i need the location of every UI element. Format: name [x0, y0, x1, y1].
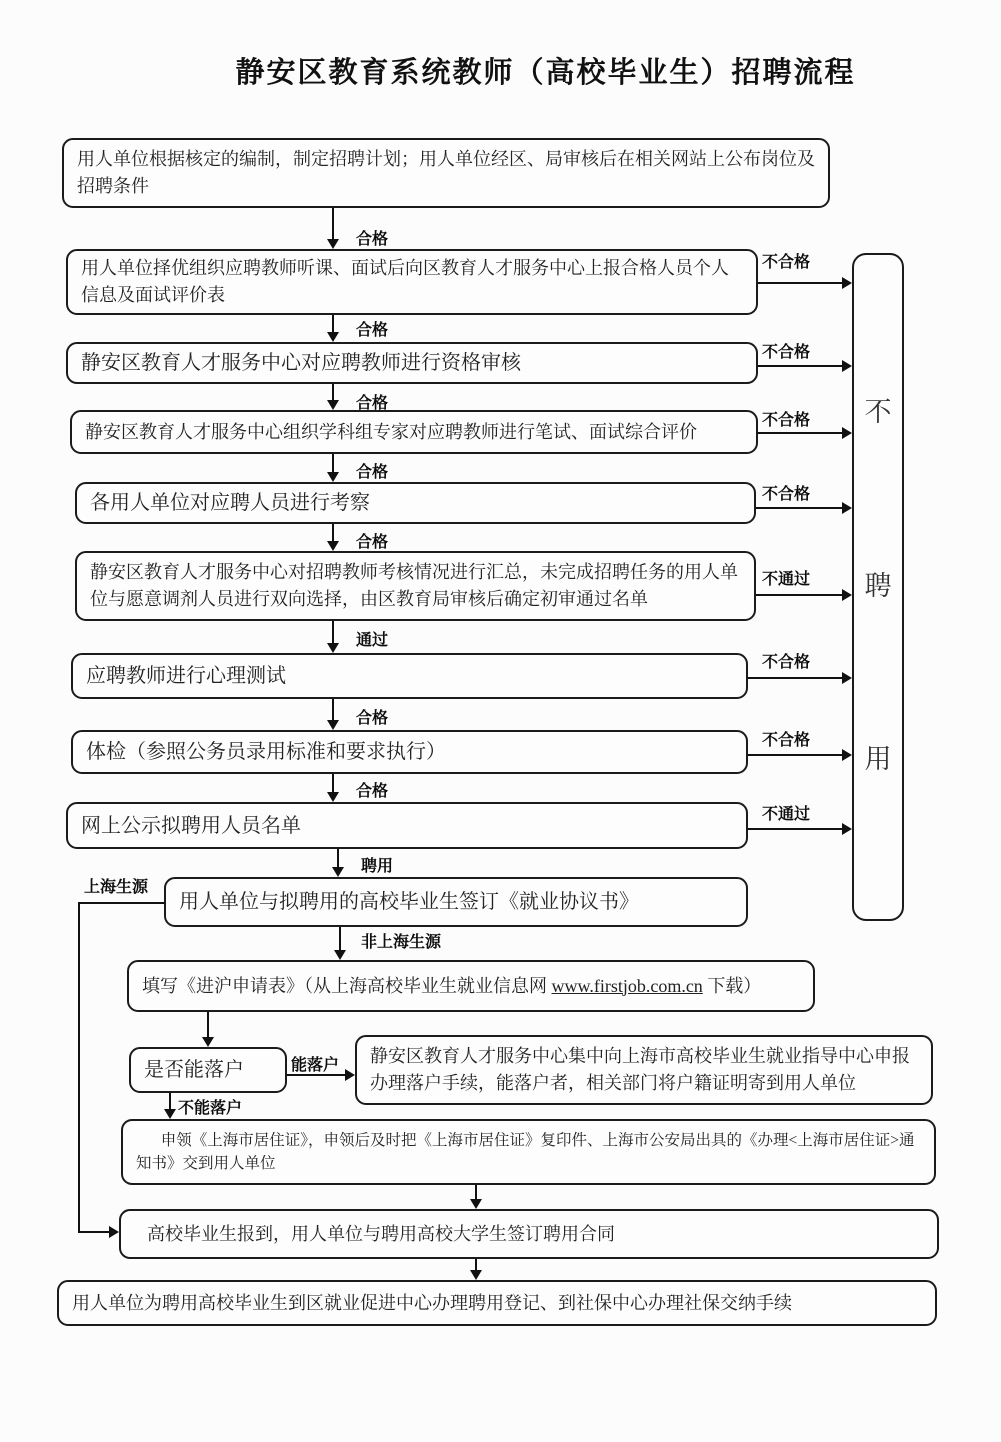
arrow-plan-to-interview [332, 208, 334, 239]
page-title: 静安区教育系统教师（高校毕业生）招聘流程 [90, 50, 1001, 91]
node-psych-test: 应聘教师进行心理测试 [71, 653, 748, 699]
node-agreement-text: 用人单位与拟聘用的高校毕业生签订《就业协议书》 [179, 887, 639, 917]
arrow-exam-reject [748, 754, 842, 756]
edge-label-fail: 不合格 [762, 481, 810, 504]
node-registration: 用人单位为聘用高校毕业生到区就业促进中心办理聘用登记、到社保中心办理社保交纳手续 [57, 1280, 937, 1326]
node-publicity-text: 网上公示拟聘用人员名单 [81, 811, 301, 841]
arrow-inspection-reject [756, 507, 842, 509]
edge-label-pass: 合格 [356, 529, 388, 552]
node-settle-process: 静安区教育人才服务中心集中向上海市高校毕业生就业指导中心申报办理落户手续，能落户… [355, 1035, 933, 1105]
edge-label-fail: 不合格 [762, 649, 810, 672]
node-physical-exam: 体检（参照公务员录用标准和要求执行） [71, 730, 748, 774]
node-inspection-text: 各用人单位对应聘人员进行考察 [90, 488, 370, 518]
arrow-shanghai-to-report [78, 1231, 109, 1233]
edge-label-pass: 合格 [356, 390, 388, 413]
edge-label-not-approved: 不通过 [762, 566, 810, 589]
node-residence-permit: 申领《上海市居住证》，申领后及时把《上海市居住证》复印件、上海市公安局出具的《办… [121, 1119, 936, 1185]
arrow-exam-to-publicity [332, 774, 334, 792]
reject-char-2: 聘 [865, 564, 892, 603]
fill-form-url: www.firstjob.com.cn [552, 976, 703, 996]
node-settle-decision: 是否能落户 [129, 1047, 287, 1093]
edge-label-fail: 不合格 [762, 727, 810, 750]
flowchart-page: 静安区教育系统教师（高校毕业生）招聘流程 用人单位根据核定的编制，制定招聘计划；… [0, 0, 1001, 1442]
node-fill-form-text: 填写《进沪申请表》（从上海高校毕业生就业信息网 www.firstjob.com… [142, 973, 761, 1000]
node-residence-permit-text: 申领《上海市居住证》，申领后及时把《上海市居住证》复印件、上海市公安局出具的《办… [136, 1129, 921, 1176]
edge-label-pass: 合格 [356, 705, 388, 728]
edge-label-not-approved: 不通过 [762, 801, 810, 824]
node-written-test-text: 静安区教育人才服务中心组织学科组专家对应聘教师进行笔试、面试综合评价 [85, 419, 697, 446]
arrow-summary-to-psych [332, 621, 334, 643]
arrow-summary-reject [756, 594, 842, 596]
node-plan: 用人单位根据核定的编制，制定招聘计划；用人单位经区、局审核后在相关网站上公布岗位… [62, 138, 830, 208]
reject-char-1: 不 [865, 390, 892, 429]
edge-label-pass: 合格 [356, 459, 388, 482]
arrow-permit-to-report [475, 1185, 477, 1199]
arrow-test-to-inspection [332, 454, 334, 472]
edge-label-approve: 通过 [356, 627, 388, 650]
arrow-report-to-registration [475, 1259, 477, 1270]
arrow-publicity-to-agreement [337, 849, 339, 867]
node-settle-decision-text: 是否能落户 [144, 1055, 244, 1085]
fill-form-suffix: 下载） [703, 976, 762, 996]
edge-label-pass: 合格 [356, 778, 388, 801]
node-physical-exam-text: 体检（参照公务员录用标准和要求执行） [86, 737, 446, 767]
arrow-review-reject [758, 365, 842, 367]
node-registration-text: 用人单位为聘用高校毕业生到区就业促进中心办理聘用登记、到社保中心办理社保交纳手续 [72, 1290, 792, 1317]
edge-label-fail: 不合格 [762, 339, 810, 362]
arrow-publicity-reject [748, 828, 842, 830]
edge-label-shanghai-origin: 上海生源 [84, 874, 148, 897]
edge-label-hire: 聘用 [361, 853, 393, 876]
node-settle-process-text: 静安区教育人才服务中心集中向上海市高校毕业生就业指导中心申报办理落户手续，能落户… [370, 1043, 918, 1097]
node-written-test: 静安区教育人才服务中心组织学科组专家对应聘教师进行笔试、面试综合评价 [70, 410, 758, 454]
arrow-psych-reject [748, 677, 842, 679]
edge-label-non-shanghai-origin: 非上海生源 [361, 929, 441, 952]
arrow-agreement-to-fillform [339, 927, 341, 950]
arrow-interview-to-review [332, 315, 334, 332]
node-report: 高校毕业生报到，用人单位与聘用高校大学生签订聘用合同 [119, 1209, 939, 1259]
node-summary-text: 静安区教育人才服务中心对招聘教师考核情况进行汇总，未完成招聘任务的用人单位与愿意… [90, 559, 741, 613]
arrow-psych-to-exam [332, 699, 334, 720]
edge-label-pass: 合格 [356, 226, 388, 249]
node-qualification-review-text: 静安区教育人才服务中心对应聘教师进行资格审核 [81, 348, 521, 378]
node-reject: 不 聘 用 [852, 253, 904, 921]
node-plan-text: 用人单位根据核定的编制，制定招聘计划；用人单位经区、局审核后在相关网站上公布岗位… [77, 146, 815, 200]
line-shanghai-top [78, 902, 165, 904]
node-inspection: 各用人单位对应聘人员进行考察 [75, 482, 756, 524]
node-interview-text: 用人单位择优组织应聘教师听课、面试后向区教育人才服务中心上报合格人员个人信息及面… [81, 255, 743, 309]
edge-label-fail: 不合格 [762, 407, 810, 430]
node-qualification-review: 静安区教育人才服务中心对应聘教师进行资格审核 [66, 342, 758, 384]
edge-label-fail: 不合格 [762, 249, 810, 272]
arrow-fillform-to-decision [207, 1012, 209, 1037]
arrow-test-reject [758, 432, 842, 434]
arrow-decision-to-permit [169, 1093, 171, 1109]
edge-label-cannot-settle: 不能落户 [178, 1095, 242, 1118]
arrow-interview-reject [758, 282, 842, 284]
reject-char-3: 用 [865, 737, 892, 776]
arrow-inspection-to-summary [332, 524, 334, 541]
arrow-review-to-test [332, 384, 334, 400]
node-summary: 静安区教育人才服务中心对招聘教师考核情况进行汇总，未完成招聘任务的用人单位与愿意… [75, 551, 756, 621]
node-psych-test-text: 应聘教师进行心理测试 [86, 661, 286, 691]
edge-label-can-settle: 能落户 [291, 1052, 339, 1075]
node-agreement: 用人单位与拟聘用的高校毕业生签订《就业协议书》 [164, 877, 748, 927]
edge-label-pass: 合格 [356, 317, 388, 340]
fill-form-prefix: 填写《进沪申请表》（从上海高校毕业生就业信息网 [142, 976, 552, 996]
node-publicity: 网上公示拟聘用人员名单 [66, 802, 748, 849]
node-interview: 用人单位择优组织应聘教师听课、面试后向区教育人才服务中心上报合格人员个人信息及面… [66, 249, 758, 315]
line-shanghai-vertical [78, 902, 80, 1232]
node-report-text: 高校毕业生报到，用人单位与聘用高校大学生签订聘用合同 [147, 1221, 615, 1248]
node-fill-form: 填写《进沪申请表》（从上海高校毕业生就业信息网 www.firstjob.com… [127, 960, 815, 1012]
